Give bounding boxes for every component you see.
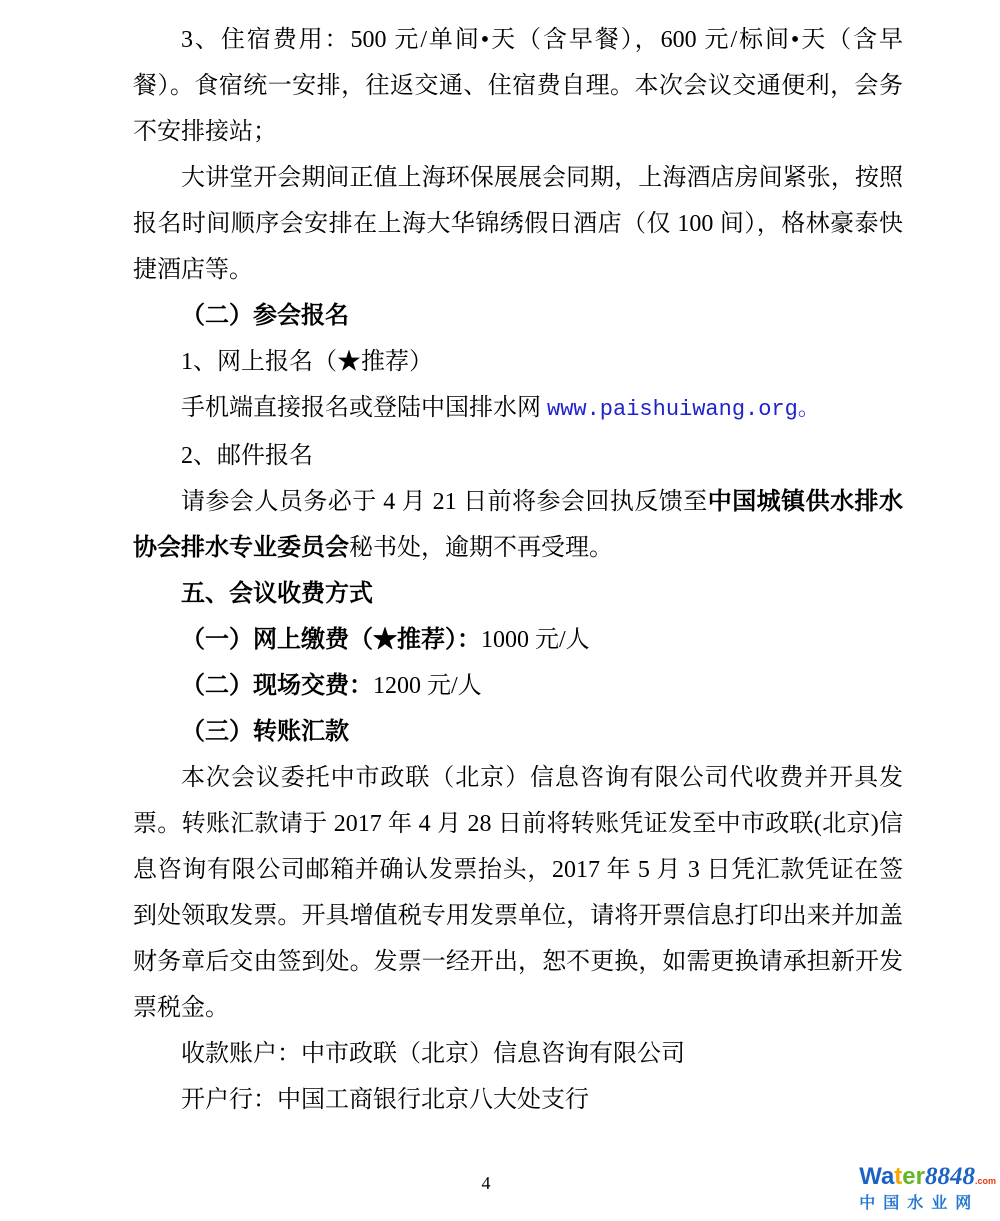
logo-wordmark: Water8848.com	[859, 1165, 996, 1193]
text-run-bold: （一）网上缴费（★推荐）：	[181, 627, 481, 653]
paragraph-bank: 开户行：中国工商银行北京八大处支行	[133, 1077, 903, 1123]
paragraph-fee-transfer: （三）转账汇款	[133, 709, 903, 755]
text-run: 本次会议委托中市政联（北京）信息咨询有限公司代收费并开具发票。转账汇款请于 20…	[133, 765, 903, 1021]
paragraph-online-registration: 1、网上报名（★推荐）	[133, 339, 903, 385]
paragraph-registration-url: 手机端直接报名或登陆中国排水网 www.paishuiwang.org。	[133, 385, 903, 433]
logo-com-suffix: .com	[975, 1176, 996, 1186]
text-run: 1200 元/人	[373, 673, 482, 699]
text-run-bold: （二）现场交费：	[181, 673, 373, 699]
paragraph-registration-deadline: 请参会人员务必于 4 月 21 日前将参会回执反馈至中国城镇供水排水协会排水专业…	[133, 479, 903, 571]
text-run: 请参会人员务必于 4 月 21 日前将参会回执反馈至	[181, 489, 708, 515]
text-run: 开户行：中国工商银行北京八大处支行	[181, 1087, 589, 1113]
paragraph-fee-online: （一）网上缴费（★推荐）：1000 元/人	[133, 617, 903, 663]
text-run: （二）参会报名	[181, 303, 349, 329]
paragraph-payee-account: 收款账户：中市政联（北京）信息咨询有限公司	[133, 1031, 903, 1077]
text-run: 五、会议收费方式	[181, 580, 373, 607]
document-page: 3、住宿费用：500 元/单间•天（含早餐），600 元/标间•天（含早餐）。食…	[0, 0, 1000, 1221]
text-run: 大讲堂开会期间正值上海环保展展会同期，上海酒店房间紧张，按照报名时间顺序会安排在…	[133, 165, 903, 283]
logo-water-wa: Wa	[859, 1163, 894, 1190]
text-run: 1000 元/人	[481, 627, 590, 653]
logo-tagline: 中国水业网	[859, 1193, 996, 1214]
text-run: 收款账户：中市政联（北京）信息咨询有限公司	[181, 1041, 685, 1067]
water8848-logo: Water8848.com 中国水业网	[859, 1165, 996, 1214]
text-run: 3、住宿费用：500 元/单间•天（含早餐），600 元/标间•天（含早餐）。食…	[133, 27, 903, 145]
logo-8848-text: 8848	[925, 1163, 975, 1190]
document-body: 3、住宿费用：500 元/单间•天（含早餐），600 元/标间•天（含早餐）。食…	[133, 17, 903, 1123]
logo-water-er: er	[902, 1163, 925, 1190]
text-run: 2、邮件报名	[181, 443, 313, 469]
text-run: 秘书处，逾期不再受理。	[349, 535, 613, 561]
paragraph-email-registration: 2、邮件报名	[133, 433, 903, 479]
section-heading-registration: （二）参会报名	[133, 293, 903, 339]
section-heading-fee-methods: 五、会议收费方式	[133, 571, 903, 617]
text-run: （三）转账汇款	[181, 719, 349, 745]
text-run: 手机端直接报名或登陆中国排水网	[181, 395, 547, 421]
paragraph-housing-fee: 3、住宿费用：500 元/单间•天（含早餐），600 元/标间•天（含早餐）。食…	[133, 17, 903, 155]
paishuiwang-link[interactable]: www.paishuiwang.org。	[547, 397, 820, 422]
page-number: 4	[0, 1173, 972, 1194]
paragraph-invoice-details: 本次会议委托中市政联（北京）信息咨询有限公司代收费并开具发票。转账汇款请于 20…	[133, 755, 903, 1031]
paragraph-fee-onsite: （二）现场交费：1200 元/人	[133, 663, 903, 709]
text-run: 1、网上报名（★推荐）	[181, 349, 433, 375]
paragraph-hotel-arrangement: 大讲堂开会期间正值上海环保展展会同期，上海酒店房间紧张，按照报名时间顺序会安排在…	[133, 155, 903, 293]
